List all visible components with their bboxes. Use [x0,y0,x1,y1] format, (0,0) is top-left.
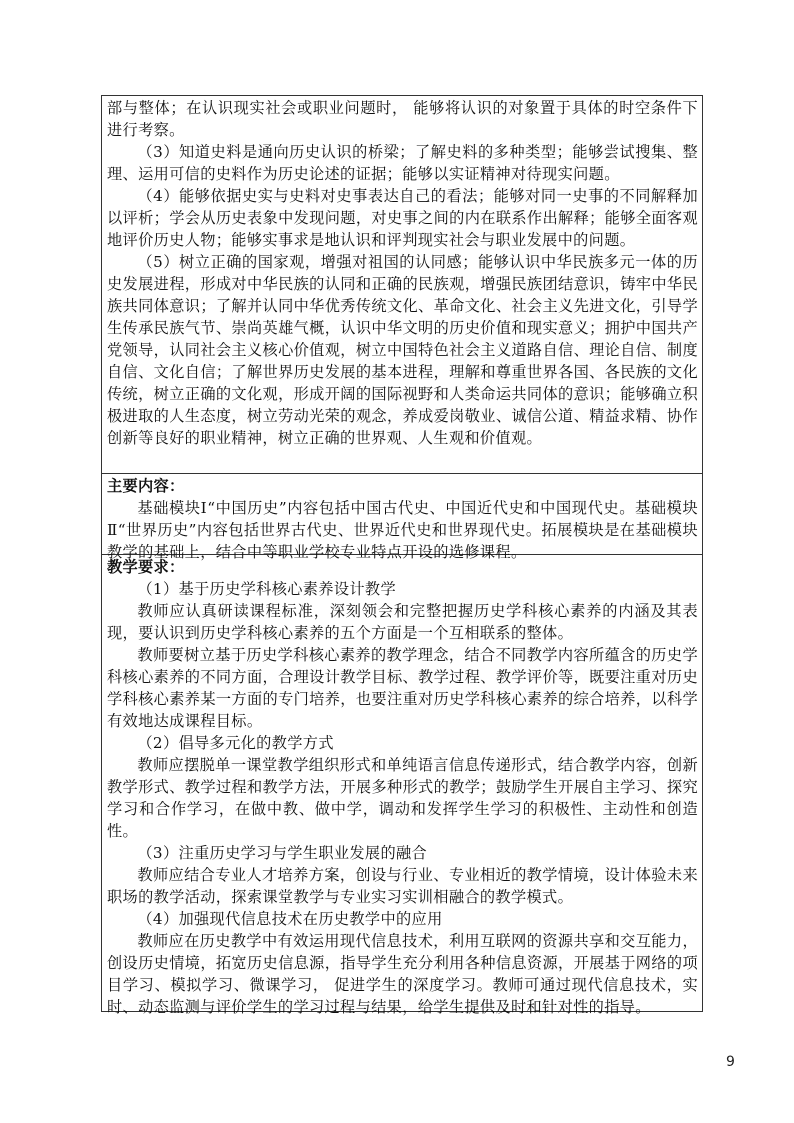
requirement-paragraph: 教师应认真研读课程标准，深刻领会和完整把握历史学科核心素养的内涵及其表现，要认识… [107,600,698,644]
requirement-subheading-4: （4）加强现代信息技术在历史教学中的应用 [107,908,698,930]
objective-paragraph-4: （4）能够依据史实与史料对史事表达自己的看法；能够对同一史事的不同解释加以评析；… [107,185,698,251]
requirement-subheading-1: （1）基于历史学科核心素养设计教学 [107,578,698,600]
requirement-paragraph: 教师应摆脱单一课堂教学组织形式和单纯语言信息传递形式，结合教学内容，创新教学形式… [107,754,698,842]
requirement-paragraph: 教师应结合专业人才培养方案，创设与行业、专业相近的教学情境，设计体验未来职场的教… [107,864,698,908]
teaching-requirements-cell: 教学要求： （1）基于历史学科核心素养设计教学 教师应认真研读课程标准，深刻领会… [102,554,702,1011]
objectives-cell: 部与整体；在认识现实社会或职业问题时， 能够将认识的对象置于具体的时空条件下进行… [102,96,702,473]
requirement-paragraph: 教师要树立基于历史学科核心素养的教学理念，结合不同教学内容所蕴含的历史学科核心素… [107,644,698,732]
requirement-paragraph: 教师应在历史教学中有效运用现代信息技术，利用互联网的资源共享和交互能力，创设历史… [107,930,698,1018]
main-content-cell: 主要内容： 基础模块Ⅰ“中国历史”内容包括中国古代史、中国近代史和中国现代史。基… [102,473,702,554]
main-content-heading: 主要内容： [107,475,698,497]
requirement-subheading-2: （2）倡导多元化的教学方式 [107,732,698,754]
page-number: 9 [726,1054,735,1070]
curriculum-table: 部与整体；在认识现实社会或职业问题时， 能够将认识的对象置于具体的时空条件下进行… [101,95,703,1012]
objective-paragraph-3: （3）知道史料是通向历史认识的桥梁；了解史料的多种类型；能够尝试搜集、整理、运用… [107,141,698,185]
objective-paragraph-continuation: 部与整体；在认识现实社会或职业问题时， 能够将认识的对象置于具体的时空条件下进行… [107,97,698,141]
objective-paragraph-5: （5）树立正确的国家观，增强对祖国的认同感；能够认识中华民族多元一体的历史发展进… [107,251,698,449]
requirement-subheading-3: （3）注重历史学习与学生职业发展的融合 [107,842,698,864]
